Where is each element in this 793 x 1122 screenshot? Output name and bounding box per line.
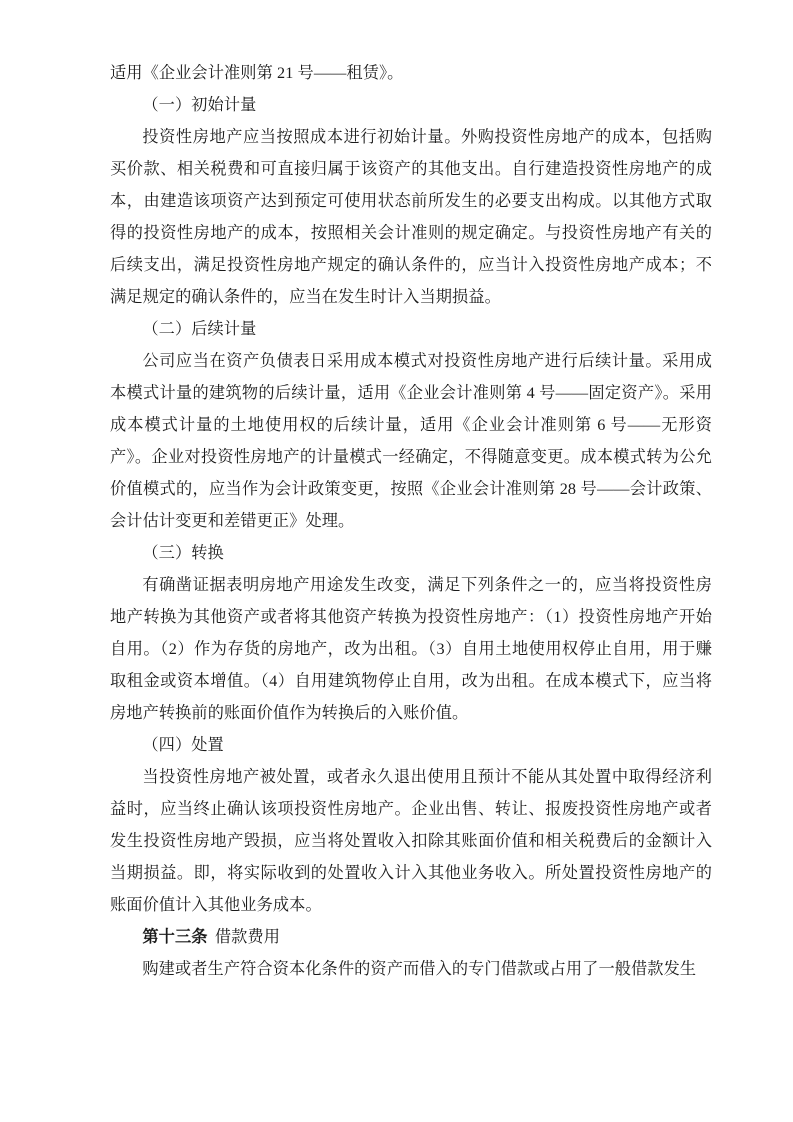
paragraph-lease-standard-continuation: 适用《企业会计准则第 21 号——租赁》。 [110, 57, 712, 89]
heading-disposal: （四）处置 [110, 729, 712, 761]
heading-initial-measurement: （一）初始计量 [110, 89, 712, 121]
document-page: 适用《企业会计准则第 21 号——租赁》。 （一）初始计量 投资性房地产应当按照… [0, 0, 793, 1122]
heading-conversion: （三）转换 [110, 537, 712, 569]
document-body: 适用《企业会计准则第 21 号——租赁》。 （一）初始计量 投资性房地产应当按照… [110, 57, 712, 985]
heading-subsequent-measurement: （二）后续计量 [110, 313, 712, 345]
paragraph-borrowing-costs: 购建或者生产符合资本化条件的资产而借入的专门借款或占用了一般借款发生 [110, 953, 712, 985]
paragraph-initial-measurement: 投资性房地产应当按照成本进行初始计量。外购投资性房地产的成本，包括购买价款、相关… [110, 121, 712, 313]
article-13-number: 第十三条 [142, 928, 207, 946]
article-13-title: 借款费用 [215, 928, 280, 946]
paragraph-subsequent-measurement: 公司应当在资产负债表日采用成本模式对投资性房地产进行后续计量。采用成本模式计量的… [110, 345, 712, 537]
paragraph-disposal: 当投资性房地产被处置，或者永久退出使用且预计不能从其处置中取得经济利益时，应当终… [110, 761, 712, 921]
article-13-heading: 第十三条借款费用 [110, 921, 712, 953]
paragraph-conversion: 有确凿证据表明房地产用途发生改变，满足下列条件之一的，应当将投资性房地产转换为其… [110, 569, 712, 729]
